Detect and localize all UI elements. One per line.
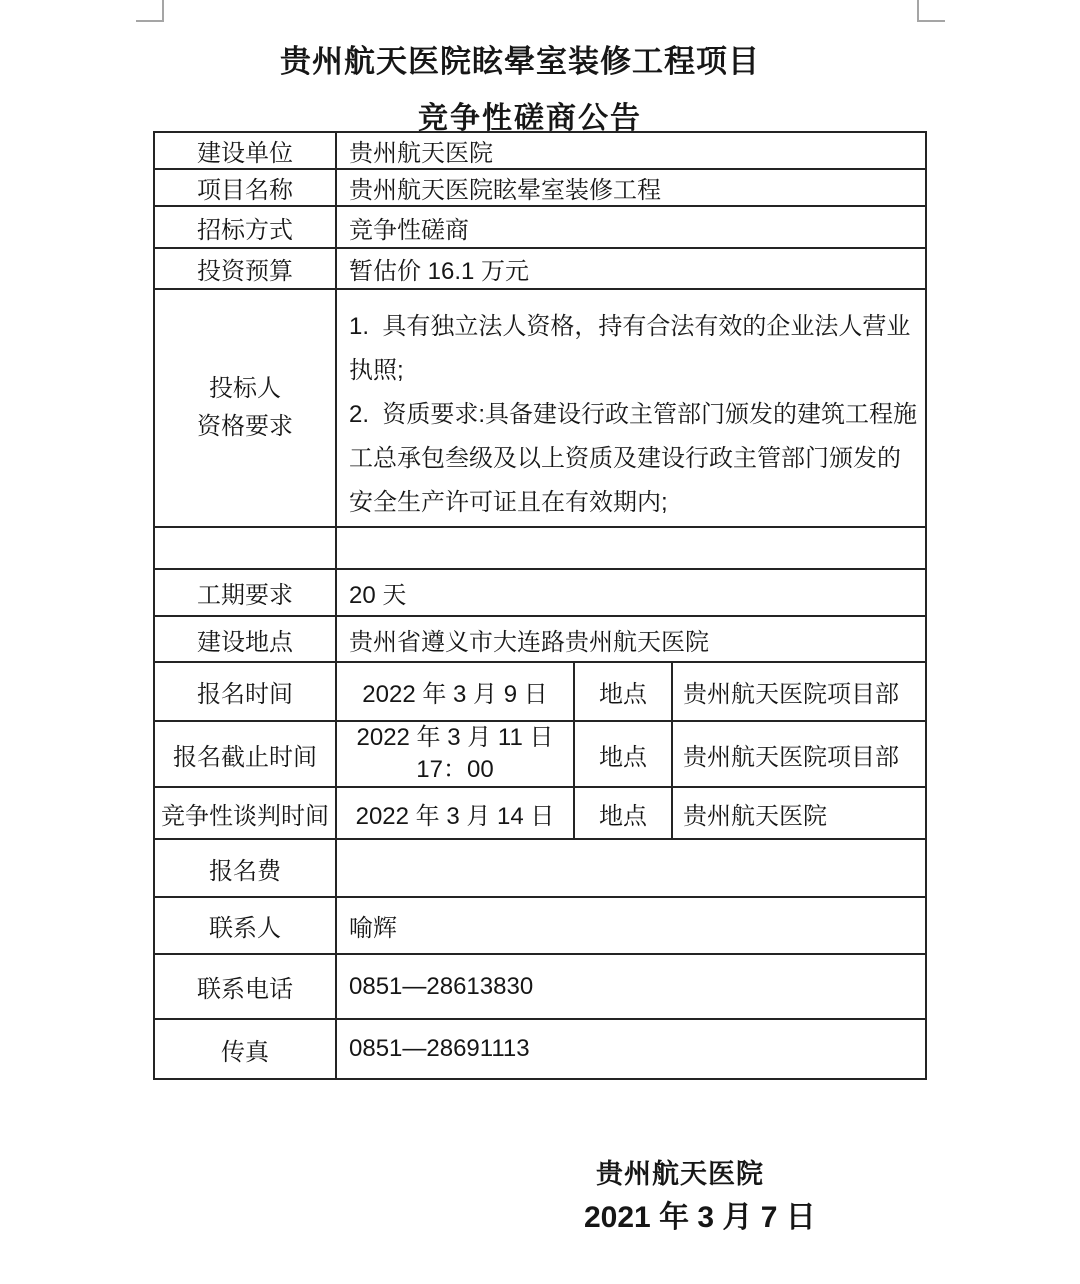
table-row-construction-unit: 建设单位 贵州航天医院 bbox=[154, 132, 926, 169]
schedule-time-line1: 2022 年 3 月 11 日 bbox=[337, 722, 573, 754]
table-row-registration-deadline: 报名截止时间 2022 年 3 月 11 日 17：00 地点 贵州航天医院项目… bbox=[154, 721, 926, 787]
table-row-construction-period: 工期要求 20 天 bbox=[154, 569, 926, 616]
row-value bbox=[336, 527, 926, 569]
row-label: 招标方式 bbox=[154, 206, 336, 248]
row-label: 报名截止时间 bbox=[154, 721, 336, 787]
schedule-time: 2022 年 3 月 9 日 bbox=[336, 662, 574, 721]
row-value: 竞争性磋商 bbox=[336, 206, 926, 248]
page-corner-mark-left bbox=[136, 0, 164, 22]
schedule-location: 贵州航天医院项目部 bbox=[672, 721, 926, 787]
table-row-fax: 传真 0851—28691113 bbox=[154, 1019, 926, 1079]
table-row-bidding-method: 招标方式 竞争性磋商 bbox=[154, 206, 926, 248]
announcement-table: 建设单位 贵州航天医院 项目名称 贵州航天医院眩晕室装修工程 招标方式 竞争性磋… bbox=[153, 131, 927, 1080]
location-label: 地点 bbox=[574, 787, 672, 839]
row-label: 投资预算 bbox=[154, 248, 336, 289]
row-label bbox=[154, 527, 336, 569]
footer-date: 2021 年 3 月 7 日 bbox=[584, 1192, 816, 1236]
location-label: 地点 bbox=[574, 721, 672, 787]
table-row-empty bbox=[154, 527, 926, 569]
row-label-line2: 资格要求 bbox=[155, 408, 335, 446]
row-value: 贵州航天医院眩晕室装修工程 bbox=[336, 169, 926, 206]
row-label: 建设地点 bbox=[154, 616, 336, 662]
qualification-item-1: 1. 具有独立法人资格，持有合法有效的企业法人营业执照; bbox=[349, 305, 921, 393]
table-row-budget: 投资预算 暂估价 16.1 万元 bbox=[154, 248, 926, 289]
table-row-construction-site: 建设地点 贵州省遵义市大连路贵州航天医院 bbox=[154, 616, 926, 662]
row-label: 项目名称 bbox=[154, 169, 336, 206]
footer-organization: 贵州航天医院 bbox=[596, 1152, 764, 1191]
schedule-time: 2022 年 3 月 14 日 bbox=[336, 787, 574, 839]
row-value: 0851—28691113 bbox=[336, 1019, 926, 1079]
schedule-location: 贵州航天医院项目部 bbox=[672, 662, 926, 721]
row-label-line1: 投标人 bbox=[155, 370, 335, 408]
row-label: 报名时间 bbox=[154, 662, 336, 721]
row-value: 0851—28613830 bbox=[336, 954, 926, 1019]
row-label: 传真 bbox=[154, 1019, 336, 1079]
schedule-time-line2: 17：00 bbox=[337, 754, 573, 786]
document-title: 贵州航天医院眩晕室装修工程项目 bbox=[0, 36, 1040, 81]
row-value: 1. 具有独立法人资格，持有合法有效的企业法人营业执照; 2. 资质要求:具备建… bbox=[336, 289, 926, 527]
row-label: 建设单位 bbox=[154, 132, 336, 169]
table-row-bidder-qualifications: 投标人 资格要求 1. 具有独立法人资格，持有合法有效的企业法人营业执照; 2.… bbox=[154, 289, 926, 527]
row-label: 投标人 资格要求 bbox=[154, 289, 336, 527]
table-row-registration-fee: 报名费 bbox=[154, 839, 926, 897]
row-label: 工期要求 bbox=[154, 569, 336, 616]
row-label: 报名费 bbox=[154, 839, 336, 897]
row-label: 联系人 bbox=[154, 897, 336, 954]
row-label: 联系电话 bbox=[154, 954, 336, 1019]
table-row-contact-phone: 联系电话 0851—28613830 bbox=[154, 954, 926, 1019]
location-label: 地点 bbox=[574, 662, 672, 721]
table-row-project-name: 项目名称 贵州航天医院眩晕室装修工程 bbox=[154, 169, 926, 206]
table-row-registration-time: 报名时间 2022 年 3 月 9 日 地点 贵州航天医院项目部 bbox=[154, 662, 926, 721]
row-value bbox=[336, 839, 926, 897]
row-value: 20 天 bbox=[336, 569, 926, 616]
schedule-location: 贵州航天医院 bbox=[672, 787, 926, 839]
row-value: 喻辉 bbox=[336, 897, 926, 954]
table-row-contact-person: 联系人 喻辉 bbox=[154, 897, 926, 954]
row-value: 贵州省遵义市大连路贵州航天医院 bbox=[336, 616, 926, 662]
row-value: 暂估价 16.1 万元 bbox=[336, 248, 926, 289]
page-corner-mark-right bbox=[917, 0, 945, 22]
qualification-item-2: 2. 资质要求:具备建设行政主管部门颁发的建筑工程施工总承包叁级及以上资质及建设… bbox=[349, 393, 921, 525]
row-value: 贵州航天医院 bbox=[336, 132, 926, 169]
table-row-negotiation-time: 竞争性谈判时间 2022 年 3 月 14 日 地点 贵州航天医院 bbox=[154, 787, 926, 839]
schedule-time: 2022 年 3 月 11 日 17：00 bbox=[336, 721, 574, 787]
row-label: 竞争性谈判时间 bbox=[154, 787, 336, 839]
